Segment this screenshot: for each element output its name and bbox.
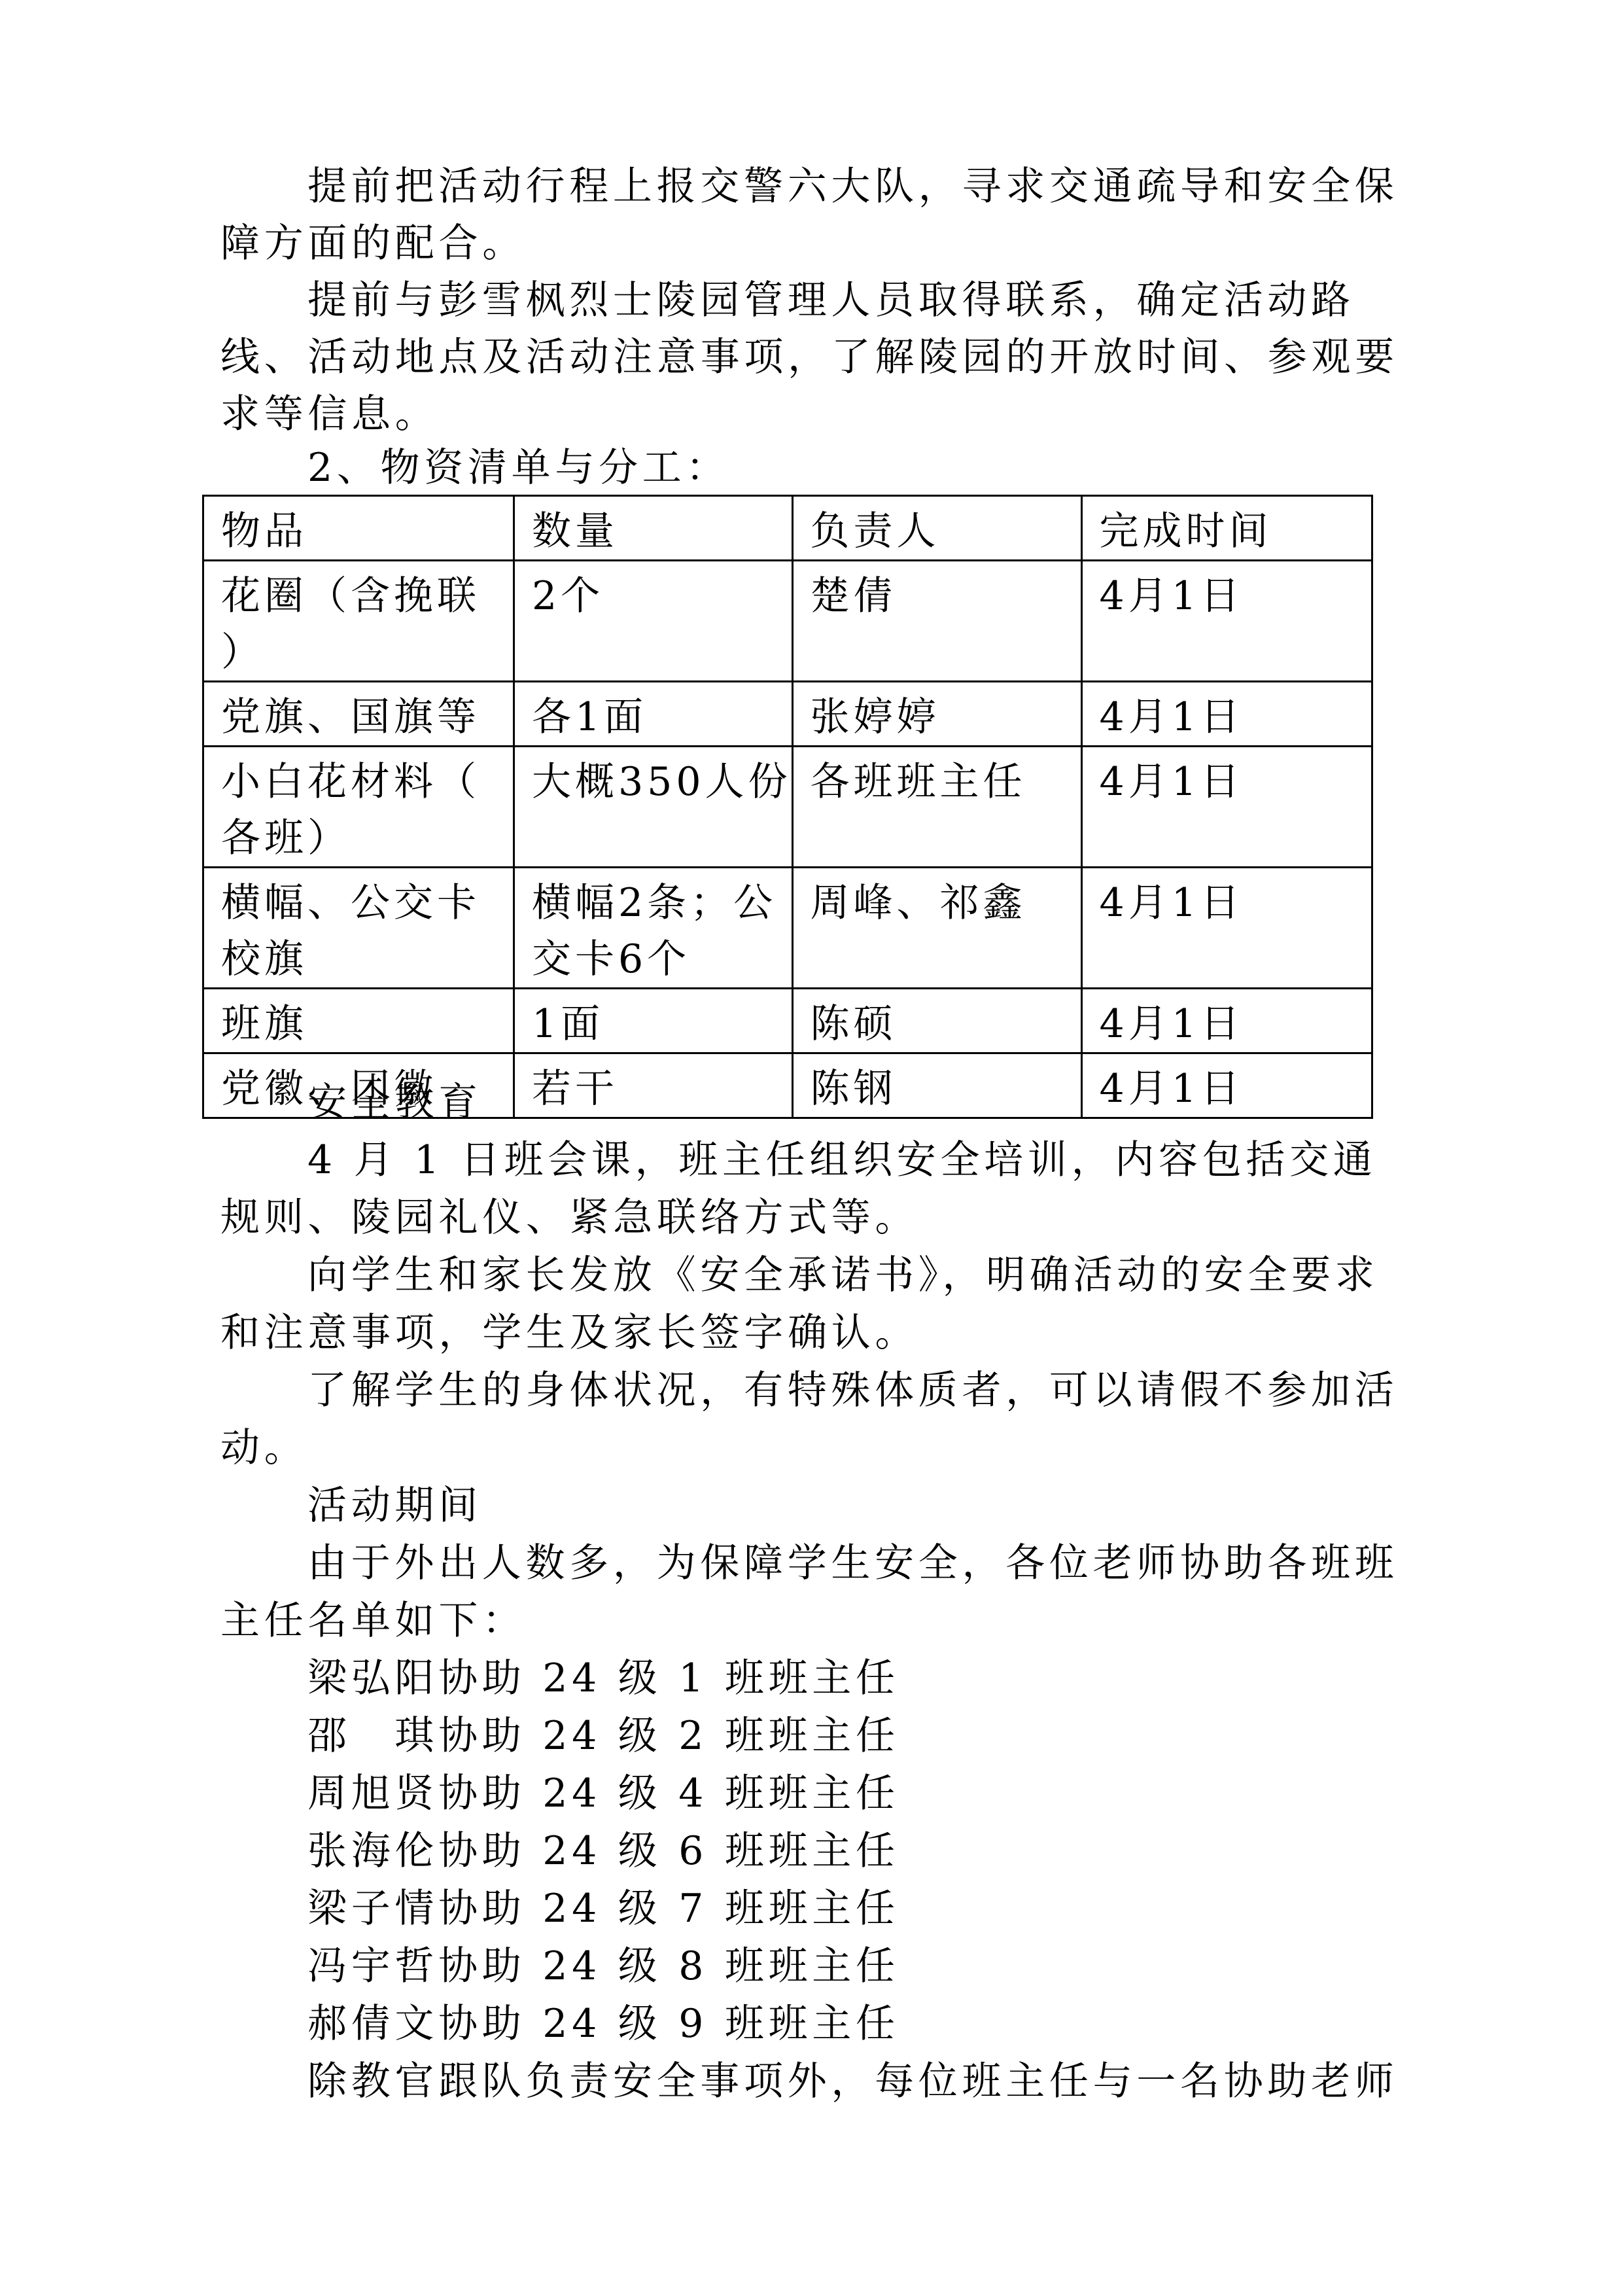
- table-row: 党旗、国旗等 各1面 张婷婷 4月1日: [203, 682, 1372, 747]
- table-cell-due: 4月1日: [1081, 989, 1372, 1053]
- table-header-cell: 完成时间: [1081, 496, 1372, 561]
- paragraph-line: 向学生和家长发放《安全承诺书》，明确活动的安全要求: [307, 1252, 1379, 1298]
- table-cell-owner: 陈钢: [792, 1053, 1081, 1118]
- paragraph-line: 障方面的配合。: [220, 221, 526, 266]
- table-cell-item: 班旗: [203, 989, 514, 1053]
- section-heading-activity: 活动期间: [307, 1483, 482, 1528]
- table-cell-due: 4月1日: [1081, 747, 1372, 868]
- table-cell-qty: 2个: [514, 561, 793, 682]
- paragraph-line: 和注意事项，学生及家长签字确认。: [220, 1310, 918, 1356]
- table-row: 小白花材料（各班） 大概350人份 各班班主任 4月1日: [203, 747, 1372, 868]
- paragraph-line: 主任名单如下：: [220, 1598, 526, 1644]
- table-cell-qty: 1面: [514, 989, 793, 1053]
- paragraph-line: 了解学生的身体状况，有特殊体质者，可以请假不参加活: [307, 1368, 1399, 1413]
- paragraph-line: 除教官跟队负责安全事项外，每位班主任与一名协助老师: [307, 2058, 1399, 2104]
- paragraph-line: 由于外出人数多，为保障学生安全，各位老师协助各班班: [307, 1540, 1399, 1586]
- table-cell-owner: 陈硕: [792, 989, 1081, 1053]
- paragraph-line: 提前与彭雪枫烈士陵园管理人员取得联系，确定活动路: [307, 277, 1355, 323]
- paragraph-line: 线、活动地点及活动注意事项，了解陵园的开放时间、参观要: [220, 334, 1399, 380]
- table-row: 横幅、公交卡校旗 横幅2条；公交卡6个 周峰、祁鑫 4月1日: [203, 868, 1372, 989]
- section-heading-safety: 安全教育: [307, 1080, 482, 1125]
- table-header-cell: 物品: [203, 496, 514, 561]
- paragraph-line: 提前把活动行程上报交警六大队，寻求交通疏导和安全保: [307, 164, 1399, 209]
- assistant-list-item: 梁弘阳协助 24 级 1 班班主任: [307, 1655, 899, 1701]
- table-cell-qty: 横幅2条；公交卡6个: [514, 868, 793, 989]
- table-cell-due: 4月1日: [1081, 1053, 1372, 1118]
- paragraph-line: 求等信息。: [220, 391, 439, 437]
- materials-table: 物品 数量 负责人 完成时间 花圈（含挽联） 2个 楚倩 4月1日 党旗、国旗等…: [202, 495, 1373, 1119]
- table-row: 花圈（含挽联） 2个 楚倩 4月1日: [203, 561, 1372, 682]
- assistant-list-item: 冯宇哲协助 24 级 8 班班主任: [307, 1943, 899, 1989]
- table-cell-qty: 大概350人份: [514, 747, 793, 868]
- assistant-list-item: 周旭贤协助 24 级 4 班班主任: [307, 1771, 899, 1816]
- table-cell-due: 4月1日: [1081, 868, 1372, 989]
- table-cell-item: 党旗、国旗等: [203, 682, 514, 747]
- section-heading-materials: 2、物资清单与分工：: [307, 445, 729, 491]
- table-cell-due: 4月1日: [1081, 561, 1372, 682]
- table-cell-item: 花圈（含挽联）: [203, 561, 514, 682]
- assistant-list-item: 邵 琪协助 24 级 2 班班主任: [307, 1713, 899, 1759]
- paragraph-line: 动。: [220, 1425, 307, 1471]
- table-header-row: 物品 数量 负责人 完成时间: [203, 496, 1372, 561]
- assistant-list-item: 梁子情协助 24 级 7 班班主任: [307, 1886, 899, 1932]
- table-cell-owner: 各班班主任: [792, 747, 1081, 868]
- table-cell-qty: 各1面: [514, 682, 793, 747]
- table-header-cell: 负责人: [792, 496, 1081, 561]
- assistant-list-item: 郝倩文协助 24 级 9 班班主任: [307, 2001, 899, 2047]
- table-row: 班旗 1面 陈硕 4月1日: [203, 989, 1372, 1053]
- table-cell-owner: 张婷婷: [792, 682, 1081, 747]
- table-cell-item: 横幅、公交卡校旗: [203, 868, 514, 989]
- table-cell-qty: 若干: [514, 1053, 793, 1118]
- table-cell-item: 小白花材料（各班）: [203, 747, 514, 868]
- paragraph-line: 4 月 1 日班会课，班主任组织安全培训，内容包括交通: [307, 1137, 1376, 1183]
- table-header-cell: 数量: [514, 496, 793, 561]
- table-cell-owner: 楚倩: [792, 561, 1081, 682]
- paragraph-line: 规则、陵园礼仪、紧急联络方式等。: [220, 1195, 918, 1241]
- assistant-list-item: 张海伦协助 24 级 6 班班主任: [307, 1828, 899, 1874]
- table-cell-owner: 周峰、祁鑫: [792, 868, 1081, 989]
- table-cell-due: 4月1日: [1081, 682, 1372, 747]
